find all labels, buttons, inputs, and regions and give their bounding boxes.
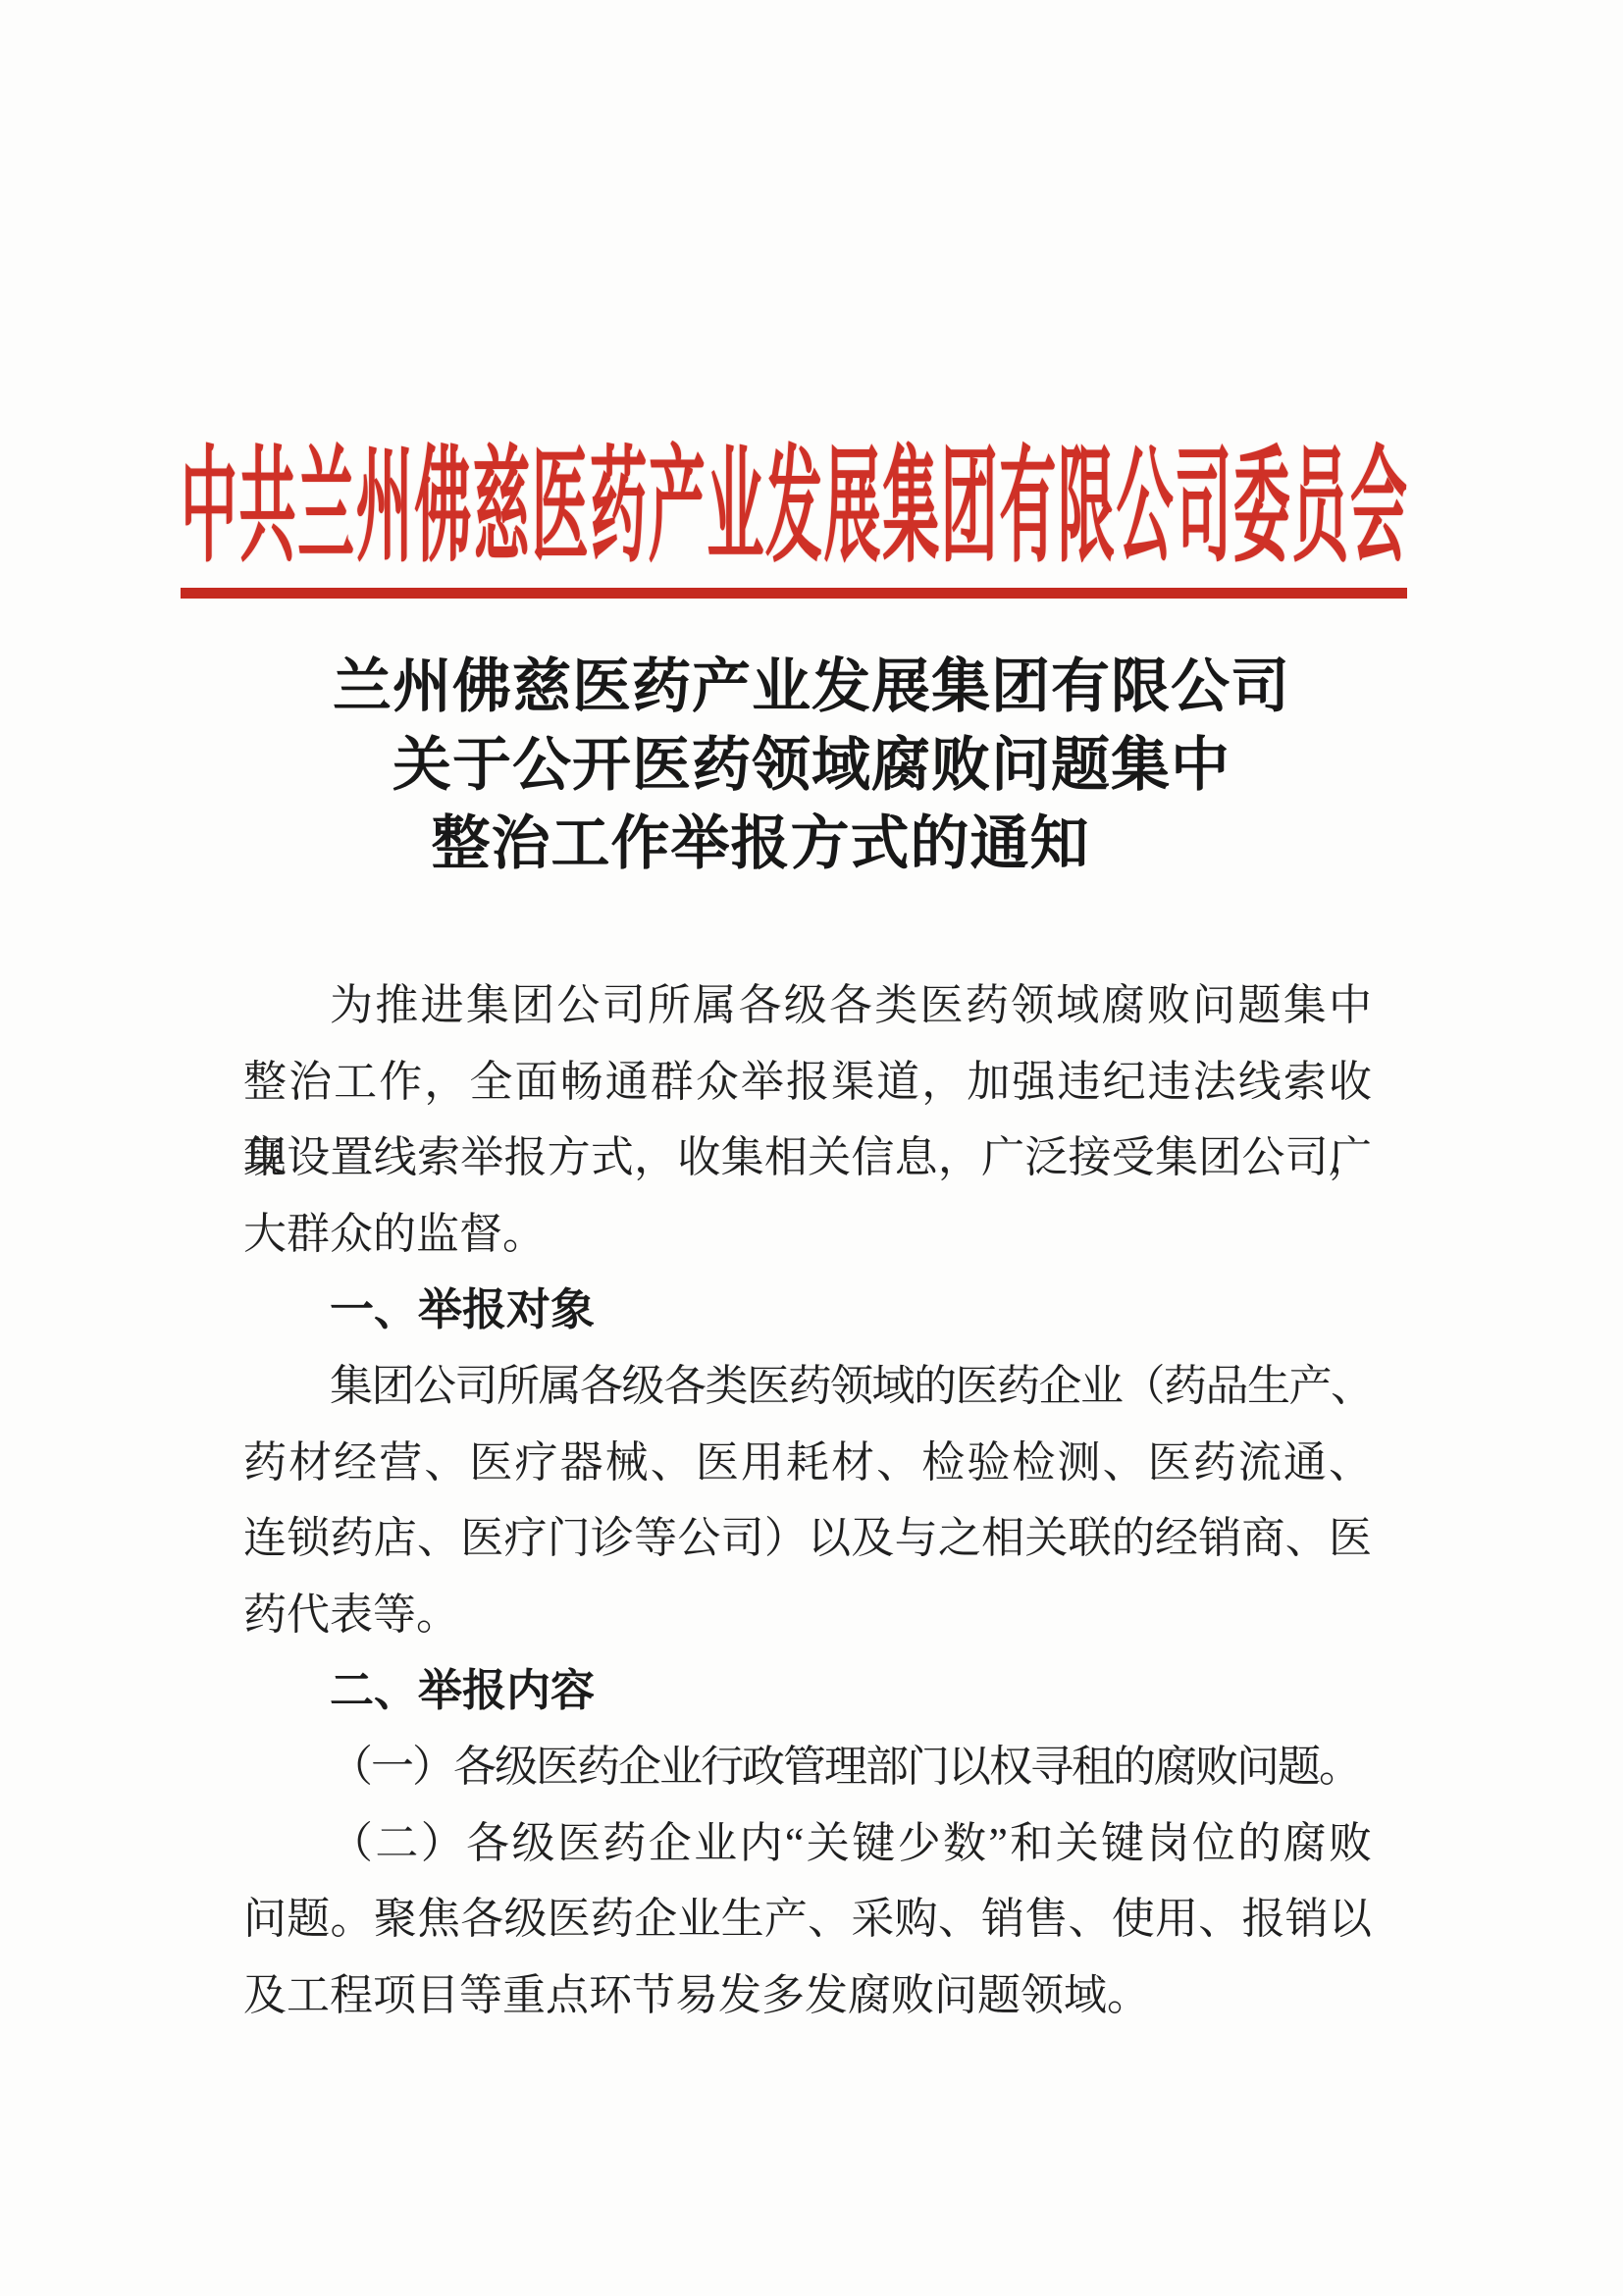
document-title-line-3: 整治工作举报方式的通知 bbox=[0, 805, 1572, 883]
body-line-4: 大群众的监督。 bbox=[243, 1196, 1372, 1273]
body-line-9: 药代表等。 bbox=[243, 1577, 1372, 1653]
body-line-8: 连锁药店、医疗门诊等公司）以及与之相关联的经销商、医 bbox=[243, 1500, 1372, 1577]
document-title-line-1: 兰州佛慈医药产业发展集团有限公司 bbox=[0, 648, 1623, 726]
body-line-3: 现设置线索举报方式，收集相关信息，广泛接受集团公司广 bbox=[243, 1120, 1372, 1196]
scanned-document-page: 中共兰州佛慈医药产业发展集团有限公司委员会 兰州佛慈医药产业发展集团有限公司 关… bbox=[0, 0, 1623, 2296]
body-line-1: 为推进集团公司所属各级各类医药领域腐败问题集中 bbox=[243, 967, 1372, 1044]
body-line-14: 及工程项目等重点环节易发多发腐败问题领域。 bbox=[243, 1957, 1372, 2034]
body-line-12: （二）各级医药企业内“关键少数”和关键岗位的腐败 bbox=[243, 1805, 1372, 1882]
red-letterhead-title: 中共兰州佛慈医药产业发展集团有限公司委员会 bbox=[181, 444, 1407, 575]
body-line-6: 集团公司所属各级各类医药领域的医药企业（药品生产、 bbox=[243, 1348, 1372, 1425]
body-line-13: 问题。聚焦各级医药企业生产、采购、销售、使用、报销以 bbox=[243, 1881, 1372, 1957]
body-line-2: 整治工作，全面畅通群众举报渠道，加强违纪违法线索收集， bbox=[243, 1044, 1372, 1121]
section-heading-1: 一、举报对象 bbox=[243, 1272, 1372, 1348]
body-line-7: 药材经营、医疗器械、医用耗材、检验检测、医药流通、 bbox=[243, 1425, 1372, 1501]
document-title: 兰州佛慈医药产业发展集团有限公司 关于公开医药领域腐败问题集中 整治工作举报方式… bbox=[0, 648, 1623, 883]
section-heading-2: 二、举报内容 bbox=[243, 1652, 1372, 1729]
document-body: 为推进集团公司所属各级各类医药领域腐败问题集中 整治工作，全面畅通群众举报渠道，… bbox=[243, 967, 1372, 2033]
body-line-11: （一）各级医药企业行政管理部门以权寻租的腐败问题。 bbox=[243, 1729, 1372, 1805]
red-divider-line bbox=[181, 588, 1407, 599]
document-title-line-2: 关于公开医药领域腐败问题集中 bbox=[0, 726, 1623, 805]
